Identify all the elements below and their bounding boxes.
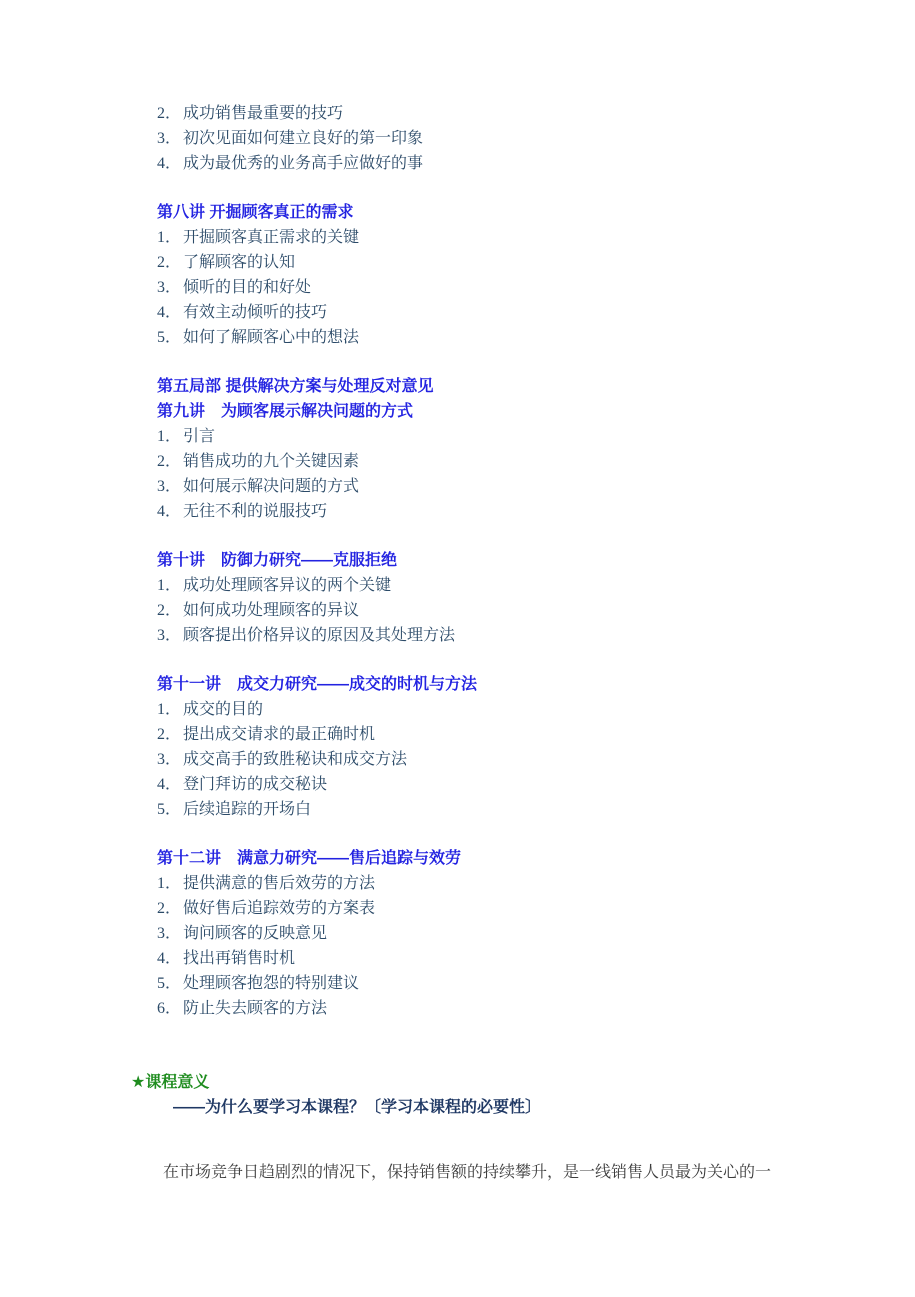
outline-item: 4．成为最优秀的业务高手应做好的事 [157,151,817,176]
section-heading: 第十一讲 成交力研究——成交的时机与方法 [157,672,817,697]
item-text: 询问顾客的反映意见 [183,925,327,942]
outline-item: 6．防止失去顾客的方法 [157,996,817,1021]
item-text: 提供满意的售后效劳的方法 [183,875,375,892]
item-text: 成为最优秀的业务高手应做好的事 [183,155,423,172]
item-number: 1． [157,871,183,896]
item-number: 1． [157,573,183,598]
item-number: 2． [157,896,183,921]
item-text: 初次见面如何建立良好的第一印象 [183,130,423,147]
item-number: 3． [157,474,183,499]
outline-item: 1．引言 [157,424,817,449]
item-number: 5． [157,797,183,822]
course-meaning-paragraph: 在市场竞争日趋剧烈的情况下，保持销售额的持续攀升，是一线销售人员最为关心的一 [163,1160,831,1185]
item-number: 2． [157,722,183,747]
item-number: 5． [157,971,183,996]
outline-item: 3．初次见面如何建立良好的第一印象 [157,126,817,151]
item-text: 成交的目的 [183,701,263,718]
outline-section: 第十二讲 满意力研究——售后追踪与效劳1．提供满意的售后效劳的方法2．做好售后追… [157,846,817,1021]
outline-item: 2．成功销售最重要的技巧 [157,101,817,126]
outline-item: 1．提供满意的售后效劳的方法 [157,871,817,896]
item-number: 3． [157,623,183,648]
item-number: 3． [157,126,183,151]
outline-item: 3．如何展示解决问题的方式 [157,474,817,499]
item-number: 1． [157,225,183,250]
item-number: 2． [157,101,183,126]
outline-item: 4．无往不利的说服技巧 [157,499,817,524]
item-text: 引言 [183,428,215,445]
outline-item: 4．找出再销售时机 [157,946,817,971]
course-outline: 2．成功销售最重要的技巧3．初次见面如何建立良好的第一印象4．成为最优秀的业务高… [157,101,817,1021]
outline-item: 5．后续追踪的开场白 [157,797,817,822]
item-text: 无往不利的说服技巧 [183,503,327,520]
item-number: 3． [157,747,183,772]
outline-item: 4．登门拜访的成交秘诀 [157,772,817,797]
outline-item: 2．了解顾客的认知 [157,250,817,275]
item-text: 成功销售最重要的技巧 [183,105,343,122]
item-text: 防止失去顾客的方法 [183,1000,327,1017]
outline-section: 第十一讲 成交力研究——成交的时机与方法1．成交的目的2．提出成交请求的最正确时… [157,672,817,822]
course-meaning-title: 课程意义 [145,1074,209,1091]
star-icon: ★ [131,1074,145,1091]
section-heading: 第九讲 为顾客展示解决问题的方式 [157,399,817,424]
section-heading: 第五局部 提供解决方案与处理反对意见 [157,374,817,399]
outline-section: 第五局部 提供解决方案与处理反对意见第九讲 为顾客展示解决问题的方式1．引言2．… [157,374,817,524]
item-text: 如何展示解决问题的方式 [183,478,359,495]
outline-item: 2．做好售后追踪效劳的方案表 [157,896,817,921]
outline-item: 3．成交高手的致胜秘诀和成交方法 [157,747,817,772]
item-text: 做好售后追踪效劳的方案表 [183,900,375,917]
item-text: 倾听的目的和好处 [183,279,311,296]
outline-item: 2．提出成交请求的最正确时机 [157,722,817,747]
item-text: 处理顾客抱怨的特别建议 [183,975,359,992]
item-text: 开掘顾客真正需求的关键 [183,229,359,246]
outline-item: 4．有效主动倾听的技巧 [157,300,817,325]
course-meaning-heading: ★课程意义 [131,1070,831,1095]
section-heading: 第八讲 开掘顾客真正的需求 [157,200,817,225]
item-text: 顾客提出价格异议的原因及其处理方法 [183,627,455,644]
item-number: 2． [157,449,183,474]
item-number: 4． [157,946,183,971]
outline-item: 1．成功处理顾客异议的两个关键 [157,573,817,598]
outline-section: 第八讲 开掘顾客真正的需求1．开掘顾客真正需求的关键2．了解顾客的认知3．倾听的… [157,200,817,350]
item-text: 登门拜访的成交秘诀 [183,776,327,793]
item-number: 4． [157,499,183,524]
item-number: 3． [157,275,183,300]
item-text: 后续追踪的开场白 [183,801,311,818]
item-number: 1． [157,424,183,449]
item-number: 3． [157,921,183,946]
course-meaning-subtitle: ——为什么要学习本课程？〔学习本课程的必要性〕 [173,1095,831,1120]
course-meaning-block: ★课程意义 ——为什么要学习本课程？〔学习本课程的必要性〕 在市场竞争日趋剧烈的… [131,1070,831,1185]
item-number: 2． [157,598,183,623]
item-text: 有效主动倾听的技巧 [183,304,327,321]
item-text: 提出成交请求的最正确时机 [183,726,375,743]
item-number: 2． [157,250,183,275]
item-number: 6． [157,996,183,1021]
outline-item: 1．开掘顾客真正需求的关键 [157,225,817,250]
section-heading: 第十讲 防御力研究——克服拒绝 [157,548,817,573]
item-text: 了解顾客的认知 [183,254,295,271]
outline-item: 2．如何成功处理顾客的异议 [157,598,817,623]
outline-section: 第十讲 防御力研究——克服拒绝1．成功处理顾客异议的两个关键2．如何成功处理顾客… [157,548,817,648]
item-text: 成功处理顾客异议的两个关键 [183,577,391,594]
outline-item: 5．如何了解顾客心中的想法 [157,325,817,350]
outline-item: 1．成交的目的 [157,697,817,722]
item-number: 1． [157,697,183,722]
section-heading: 第十二讲 满意力研究——售后追踪与效劳 [157,846,817,871]
item-number: 4． [157,300,183,325]
outline-item: 5．处理顾客抱怨的特别建议 [157,971,817,996]
outline-item: 3．倾听的目的和好处 [157,275,817,300]
item-number: 4． [157,772,183,797]
item-text: 如何了解顾客心中的想法 [183,329,359,346]
item-text: 如何成功处理顾客的异议 [183,602,359,619]
outline-item: 2．销售成功的九个关键因素 [157,449,817,474]
item-text: 销售成功的九个关键因素 [183,453,359,470]
item-text: 成交高手的致胜秘诀和成交方法 [183,751,407,768]
outline-item: 3．顾客提出价格异议的原因及其处理方法 [157,623,817,648]
item-text: 找出再销售时机 [183,950,295,967]
outline-item: 3．询问顾客的反映意见 [157,921,817,946]
item-number: 4． [157,151,183,176]
item-number: 5． [157,325,183,350]
outline-section: 2．成功销售最重要的技巧3．初次见面如何建立良好的第一印象4．成为最优秀的业务高… [157,101,817,176]
